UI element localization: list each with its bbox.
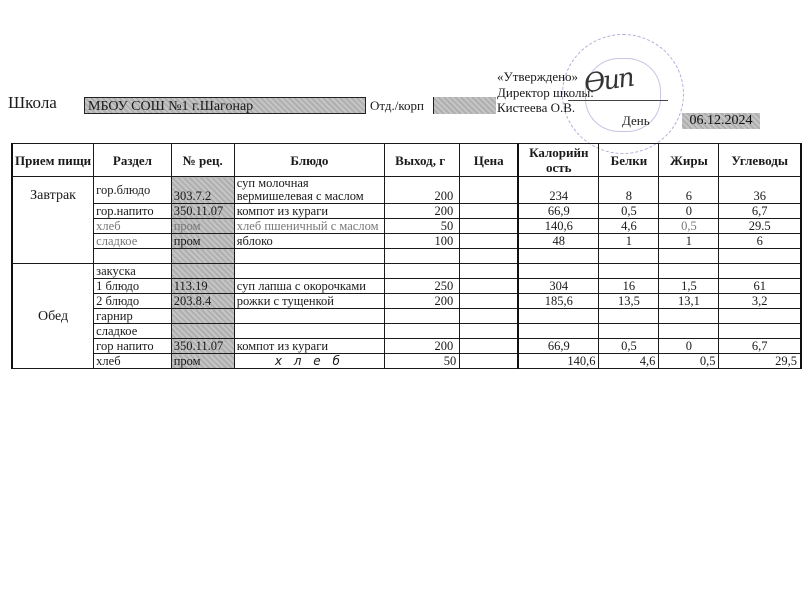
cell-price: [460, 249, 518, 264]
cell-section: гор.напито: [94, 204, 172, 219]
table-row: 2 блюдо 203.8.4 рожки с тущенкой 200 185…: [12, 294, 801, 309]
cell-protein: 0,5: [599, 204, 659, 219]
table-row: сладкое пром яблоко 100 48 1 1 6: [12, 234, 801, 249]
cell-protein: 16: [599, 279, 659, 294]
cell-output: 200: [385, 204, 460, 219]
cell-carbs: 36: [719, 177, 801, 204]
cell-section: гор.блюдо: [94, 177, 172, 204]
cell-recipe: 113.19: [171, 279, 234, 294]
cell-section: гарнир: [94, 309, 172, 324]
cell-kcal: [518, 264, 599, 279]
table-row: Завтрак гор.блюдо 303.7.2 суп молочнаяве…: [12, 177, 801, 204]
cell-output: [385, 264, 460, 279]
cell-price: [460, 234, 518, 249]
col-header-recipe: № рец.: [171, 144, 234, 177]
cell-fat: 1: [659, 234, 719, 249]
cell-dish: суп лапша с окорочками: [234, 279, 384, 294]
department-field: [433, 97, 496, 114]
school-name-field: МБОУ СОШ №1 г.Шагонар: [84, 97, 366, 114]
cell-protein: 4,6: [599, 219, 659, 234]
director-label: Директор школы:: [497, 85, 594, 101]
cell-fat: 0: [659, 339, 719, 354]
cell-section: закуска: [94, 264, 172, 279]
cell-price: [460, 339, 518, 354]
cell-output: 200: [385, 294, 460, 309]
cell-fat: [659, 324, 719, 339]
cell-recipe: 350.11.07: [171, 339, 234, 354]
cell-price: [460, 309, 518, 324]
cell-output: 200: [385, 177, 460, 204]
col-header-dish: Блюдо: [234, 144, 384, 177]
department-label: Отд./корп: [370, 98, 424, 114]
cell-carbs: 61: [719, 279, 801, 294]
signature-line: [568, 100, 668, 101]
col-header-kcal: Калорийность: [518, 144, 599, 177]
cell-carbs: 6,7: [719, 204, 801, 219]
cell-fat: 6: [659, 177, 719, 204]
cell-recipe: [171, 324, 234, 339]
col-header-price: Цена: [460, 144, 518, 177]
cell-kcal: [518, 324, 599, 339]
cell-protein: 1: [599, 234, 659, 249]
col-header-protein: Белки: [599, 144, 659, 177]
cell-price: [460, 264, 518, 279]
cell-dish: [234, 309, 384, 324]
table-row: гарнир: [12, 309, 801, 324]
cell-output: 50: [385, 354, 460, 369]
cell-recipe: 303.7.2: [171, 177, 234, 204]
cell-output: [385, 249, 460, 264]
cell-protein: 8: [599, 177, 659, 204]
cell-dish: х л е б: [234, 354, 384, 369]
cell-carbs: 6,7: [719, 339, 801, 354]
table-row: гор.напито 350.11.07 компот из кураги 20…: [12, 204, 801, 219]
table-row: хлеб пром х л е б 50 140,6 4,6 0,5 29,5: [12, 354, 801, 369]
cell-price: [460, 324, 518, 339]
cell-protein: 13,5: [599, 294, 659, 309]
cell-fat: 13,1: [659, 294, 719, 309]
cell-price: [460, 204, 518, 219]
cell-kcal: 140,6: [518, 354, 599, 369]
cell-carbs: [719, 324, 801, 339]
cell-fat: [659, 249, 719, 264]
col-header-fat: Жиры: [659, 144, 719, 177]
cell-recipe: 350.11.07: [171, 204, 234, 219]
cell-protein: [599, 324, 659, 339]
cell-kcal: 66,9: [518, 339, 599, 354]
cell-protein: [599, 264, 659, 279]
cell-section: хлеб: [94, 219, 172, 234]
approved-label: «Утверждено»: [497, 69, 578, 84]
cell-recipe: пром: [171, 219, 234, 234]
cell-dish: компот из кураги: [234, 339, 384, 354]
cell-output: 250: [385, 279, 460, 294]
cell-section: [94, 249, 172, 264]
cell-protein: [599, 249, 659, 264]
cell-dish: яблоко: [234, 234, 384, 249]
cell-dish: [234, 264, 384, 279]
cell-kcal: 140,6: [518, 219, 599, 234]
cell-protein: 4,6: [599, 354, 659, 369]
cell-kcal: [518, 309, 599, 324]
cell-fat: 1,5: [659, 279, 719, 294]
cell-output: [385, 309, 460, 324]
school-label: Школа: [8, 93, 57, 113]
cell-dish: [234, 249, 384, 264]
day-label: День: [622, 113, 650, 129]
cell-carbs: [719, 309, 801, 324]
table-row: Обед закуска: [12, 264, 801, 279]
cell-output: 200: [385, 339, 460, 354]
cell-price: [460, 279, 518, 294]
cell-carbs: 29.5: [719, 219, 801, 234]
cell-carbs: [719, 249, 801, 264]
cell-kcal: 66,9: [518, 204, 599, 219]
meal-breakfast: Завтрак: [12, 177, 94, 264]
cell-dish: суп молочнаявермишелевая с маслом: [234, 177, 384, 204]
table-header-row: Прием пищи Раздел № рец. Блюдо Выход, г …: [12, 144, 801, 177]
cell-section: сладкое: [94, 324, 172, 339]
cell-carbs: 3,2: [719, 294, 801, 309]
cell-fat: [659, 309, 719, 324]
cell-kcal: [518, 249, 599, 264]
cell-section: сладкое: [94, 234, 172, 249]
cell-recipe: [171, 309, 234, 324]
cell-dish: [234, 324, 384, 339]
cell-output: 50: [385, 219, 460, 234]
cell-fat: 0,5: [659, 354, 719, 369]
cell-recipe: пром: [171, 354, 234, 369]
cell-price: [460, 219, 518, 234]
cell-fat: [659, 264, 719, 279]
table-row: [12, 249, 801, 264]
cell-protein: 0,5: [599, 339, 659, 354]
table-row: хлеб пром хлеб пшеничный с маслом 50 140…: [12, 219, 801, 234]
cell-carbs: 6: [719, 234, 801, 249]
col-header-carbs: Углеводы: [719, 144, 801, 177]
cell-carbs: 29,5: [719, 354, 801, 369]
col-header-section: Раздел: [94, 144, 172, 177]
cell-kcal: 304: [518, 279, 599, 294]
cell-price: [460, 177, 518, 204]
cell-dish: хлеб пшеничный с маслом: [234, 219, 384, 234]
meal-lunch: Обед: [12, 264, 94, 369]
col-header-output: Выход, г: [385, 144, 460, 177]
cell-kcal: 48: [518, 234, 599, 249]
menu-table: Прием пищи Раздел № рец. Блюдо Выход, г …: [11, 143, 802, 369]
date-field: 06.12.2024: [682, 113, 760, 129]
cell-recipe: [171, 249, 234, 264]
cell-kcal: 185,6: [518, 294, 599, 309]
cell-dish: компот из кураги: [234, 204, 384, 219]
cell-carbs: [719, 264, 801, 279]
cell-price: [460, 294, 518, 309]
table-row: гор напито 350.11.07 компот из кураги 20…: [12, 339, 801, 354]
cell-section: 2 блюдо: [94, 294, 172, 309]
col-header-meal: Прием пищи: [12, 144, 94, 177]
cell-output: 100: [385, 234, 460, 249]
cell-dish: рожки с тущенкой: [234, 294, 384, 309]
cell-section: гор напито: [94, 339, 172, 354]
cell-fat: 0,5: [659, 219, 719, 234]
director-name: Кистеева О.В.: [497, 100, 575, 116]
cell-protein: [599, 309, 659, 324]
cell-recipe: 203.8.4: [171, 294, 234, 309]
cell-kcal: 234: [518, 177, 599, 204]
table-row: сладкое: [12, 324, 801, 339]
table-row: 1 блюдо 113.19 суп лапша с окорочками 25…: [12, 279, 801, 294]
cell-section: 1 блюдо: [94, 279, 172, 294]
cell-price: [460, 354, 518, 369]
cell-recipe: пром: [171, 234, 234, 249]
cell-section: хлеб: [94, 354, 172, 369]
cell-output: [385, 324, 460, 339]
cell-fat: 0: [659, 204, 719, 219]
cell-recipe: [171, 264, 234, 279]
